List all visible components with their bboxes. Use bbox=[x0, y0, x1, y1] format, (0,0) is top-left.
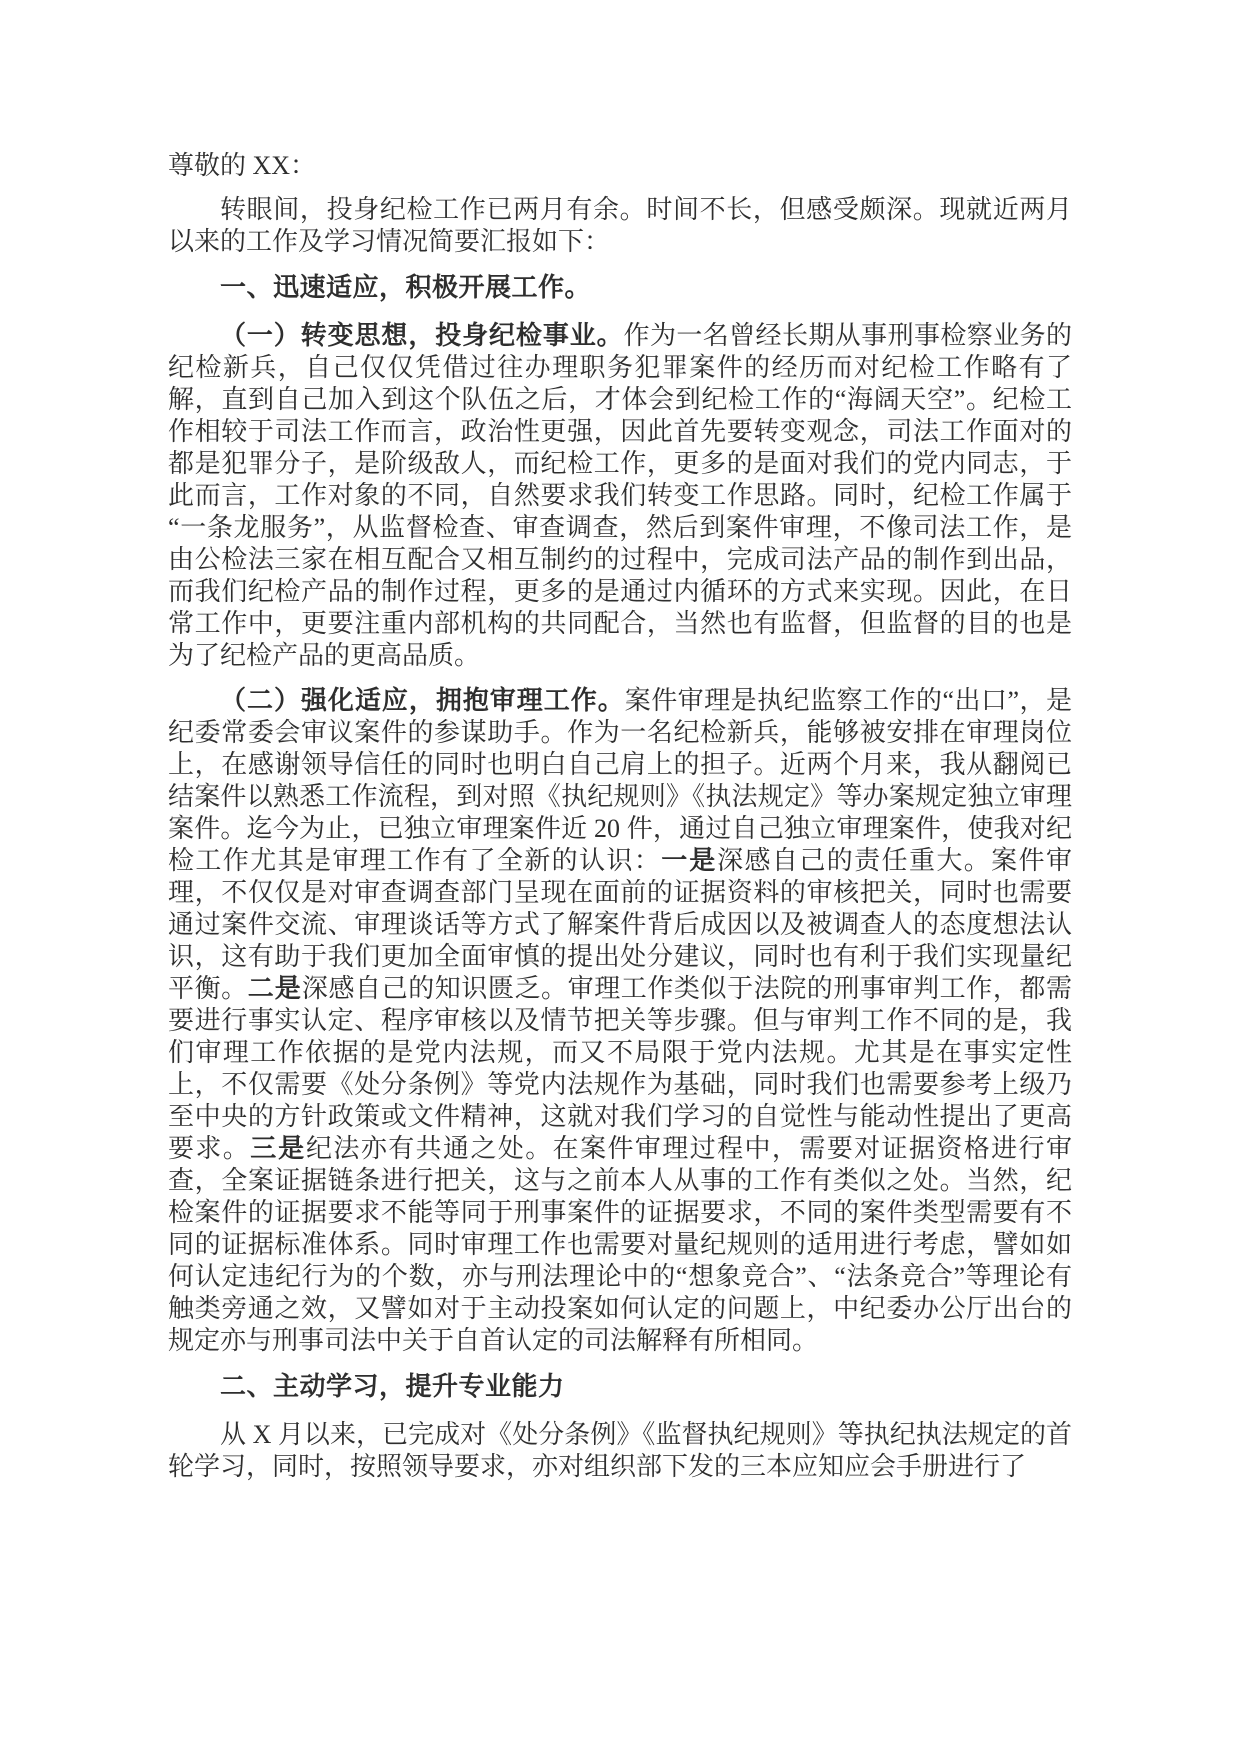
bold-text-run: 一是 bbox=[661, 846, 717, 875]
bold-text-run: 一、迅速适应，积极开展工作。 bbox=[220, 273, 591, 302]
bold-text-run: 三是 bbox=[250, 1134, 306, 1163]
body-paragraph: （二）强化适应，拥抱审理工作。案件审理是执纪监察工作的“出口”，是纪委常委会审议… bbox=[168, 685, 1072, 1357]
section-heading: 二、主动学习，提升专业能力 bbox=[168, 1371, 1072, 1403]
bold-text-run: 二、主动学习，提升专业能力 bbox=[220, 1372, 565, 1401]
text-run: 转眼间，投身纪检工作已两月有余。时间不长，但感受颇深。现就近两月以来的工作及学习… bbox=[168, 195, 1072, 256]
text-run: 纪法亦有共通之处。在案件审理过程中，需要对证据资格进行审查，全案证据链条进行把关… bbox=[168, 1134, 1072, 1355]
document-page: 尊敬的 XX： 转眼间，投身纪检工作已两月有余。时间不长，但感受颇深。现就近两月… bbox=[0, 0, 1240, 1754]
body-paragraph: （一）转变思想，投身纪检事业。作为一名曾经长期从事刑事检察业务的纪检新兵，自己仅… bbox=[168, 320, 1072, 672]
text-run: 从 X 月以来，已完成对《处分条例》《监督执纪规则》等执纪执法规定的首轮学习，同… bbox=[168, 1420, 1072, 1481]
text-run: 作为一名曾经长期从事刑事检察业务的纪检新兵，自己仅仅凭借过往办理职务犯罪案件的经… bbox=[168, 321, 1072, 670]
body-paragraph: 从 X 月以来，已完成对《处分条例》《监督执纪规则》等执纪执法规定的首轮学习，同… bbox=[168, 1419, 1072, 1483]
salutation: 尊敬的 XX： bbox=[168, 150, 1072, 182]
document-body: 转眼间，投身纪检工作已两月有余。时间不长，但感受颇深。现就近两月以来的工作及学习… bbox=[168, 194, 1072, 1483]
bold-text-run: 二是 bbox=[248, 974, 302, 1003]
bold-text-run: （二）强化适应，拥抱审理工作。 bbox=[220, 686, 625, 715]
section-heading: 一、迅速适应，积极开展工作。 bbox=[168, 272, 1072, 304]
body-paragraph: 转眼间，投身纪检工作已两月有余。时间不长，但感受颇深。现就近两月以来的工作及学习… bbox=[168, 194, 1072, 258]
bold-text-run: （一）转变思想，投身纪检事业。 bbox=[220, 321, 624, 350]
